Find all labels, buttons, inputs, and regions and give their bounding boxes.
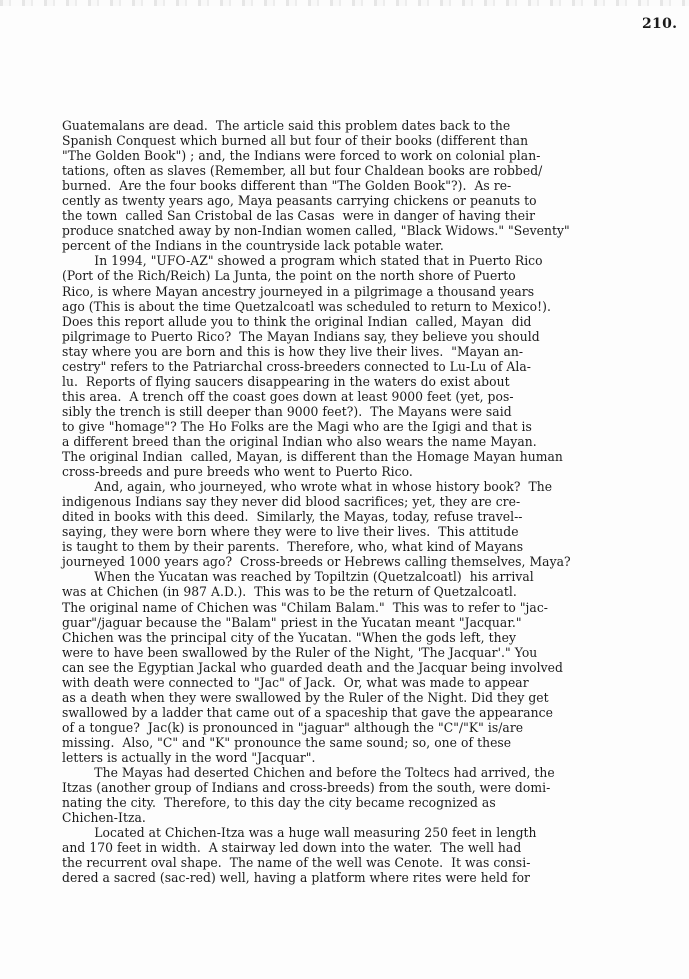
text-line: When the Yucatan was reached by Topiltzi… (62, 569, 649, 584)
text-line: Chichen was the principal city of the Yu… (62, 630, 650, 645)
text-line: produce snatched away by non-Indian wome… (62, 223, 650, 238)
text-line: dited in books with this deed. Similarly… (62, 509, 650, 524)
text-line: Spanish Conquest which burned all but fo… (62, 133, 650, 148)
text-line: And, again, who journeyed, who wrote wha… (62, 479, 649, 494)
text-line: the recurrent oval shape. The name of th… (62, 855, 650, 870)
text-line: of a tongue? Jac(k) is pronounced in "ja… (62, 720, 650, 735)
text-line: Chichen-Itza. (62, 810, 650, 825)
text-line: with death were connected to "Jac" of Ja… (62, 675, 650, 690)
text-line: indigenous Indians say they never did bl… (62, 494, 650, 509)
text-line: The Mayas had deserted Chichen and befor… (62, 765, 649, 780)
text-line: is taught to them by their parents. Ther… (62, 539, 650, 554)
text-line: Does this report allude you to think the… (62, 314, 650, 329)
document-body: Guatemalans are dead. The article said t… (62, 118, 662, 885)
page-number: 210. (642, 16, 677, 32)
text-line: letters is actually in the word "Jacquar… (62, 750, 650, 765)
text-line: guar"/jaguar because the "Balam" priest … (62, 615, 650, 630)
text-line: missing. Also, "C" and "K" pronounce the… (62, 735, 650, 750)
text-line: stay where you are born and this is how … (62, 344, 650, 359)
text-line: sibly the trench is still deeper than 90… (62, 404, 650, 419)
text-line: tations, often as slaves (Remember, all … (62, 163, 650, 178)
text-line: pilgrimage to Puerto Rico? The Mayan Ind… (62, 329, 650, 344)
text-line: Rico, is where Mayan ancestry journeyed … (62, 284, 650, 299)
text-line: were to have been swallowed by the Ruler… (62, 645, 650, 660)
text-line: as a death when they were swallowed by t… (62, 690, 650, 705)
text-line: a different breed than the original Indi… (62, 434, 650, 449)
text-line: cently as twenty years ago, Maya peasant… (62, 193, 650, 208)
scan-artifact-top-edge (0, 0, 689, 6)
text-line: cross-breeds and pure breeds who went to… (62, 464, 650, 479)
text-line: can see the Egyptian Jackal who guarded … (62, 660, 650, 675)
text-line: burned. Are the four books different tha… (62, 178, 650, 193)
text-line: (Port of the Rich/Reich) La Junta, the p… (62, 268, 650, 283)
text-line: Located at Chichen-Itza was a huge wall … (62, 825, 649, 840)
text-line: cestry" refers to the Patriarchal cross-… (62, 359, 650, 374)
text-line: lu. Reports of flying saucers disappeari… (62, 374, 650, 389)
text-line: this area. A trench off the coast goes d… (62, 389, 650, 404)
text-line: nating the city. Therefore, to this day … (62, 795, 650, 810)
text-line: and 170 feet in width. A stairway led do… (62, 840, 650, 855)
text-line: Guatemalans are dead. The article said t… (62, 118, 650, 133)
text-line: journeyed 1000 years ago? Cross-breeds o… (62, 554, 650, 569)
text-line: The original Indian called, Mayan, is di… (62, 449, 650, 464)
text-line: was at Chichen (in 987 A.D.). This was t… (62, 584, 650, 599)
text-line: to give "homage"? The Ho Folks are the M… (62, 419, 650, 434)
text-line: The original name of Chichen was "Chilam… (62, 600, 650, 615)
text-line: In 1994, "UFO-AZ" showed a program which… (62, 253, 649, 268)
text-line: the town called San Cristobal de las Cas… (62, 208, 650, 223)
text-line: dered a sacred (sac-red) well, having a … (62, 870, 650, 885)
text-line: percent of the Indians in the countrysid… (62, 238, 650, 253)
text-line: Itzas (another group of Indians and cros… (62, 780, 650, 795)
text-line: ago (This is about the time Quetzalcoatl… (62, 299, 650, 314)
text-line: "The Golden Book") ; and, the Indians we… (62, 148, 650, 163)
text-line: saying, they were born where they were t… (62, 524, 650, 539)
text-line: swallowed by a ladder that came out of a… (62, 705, 650, 720)
